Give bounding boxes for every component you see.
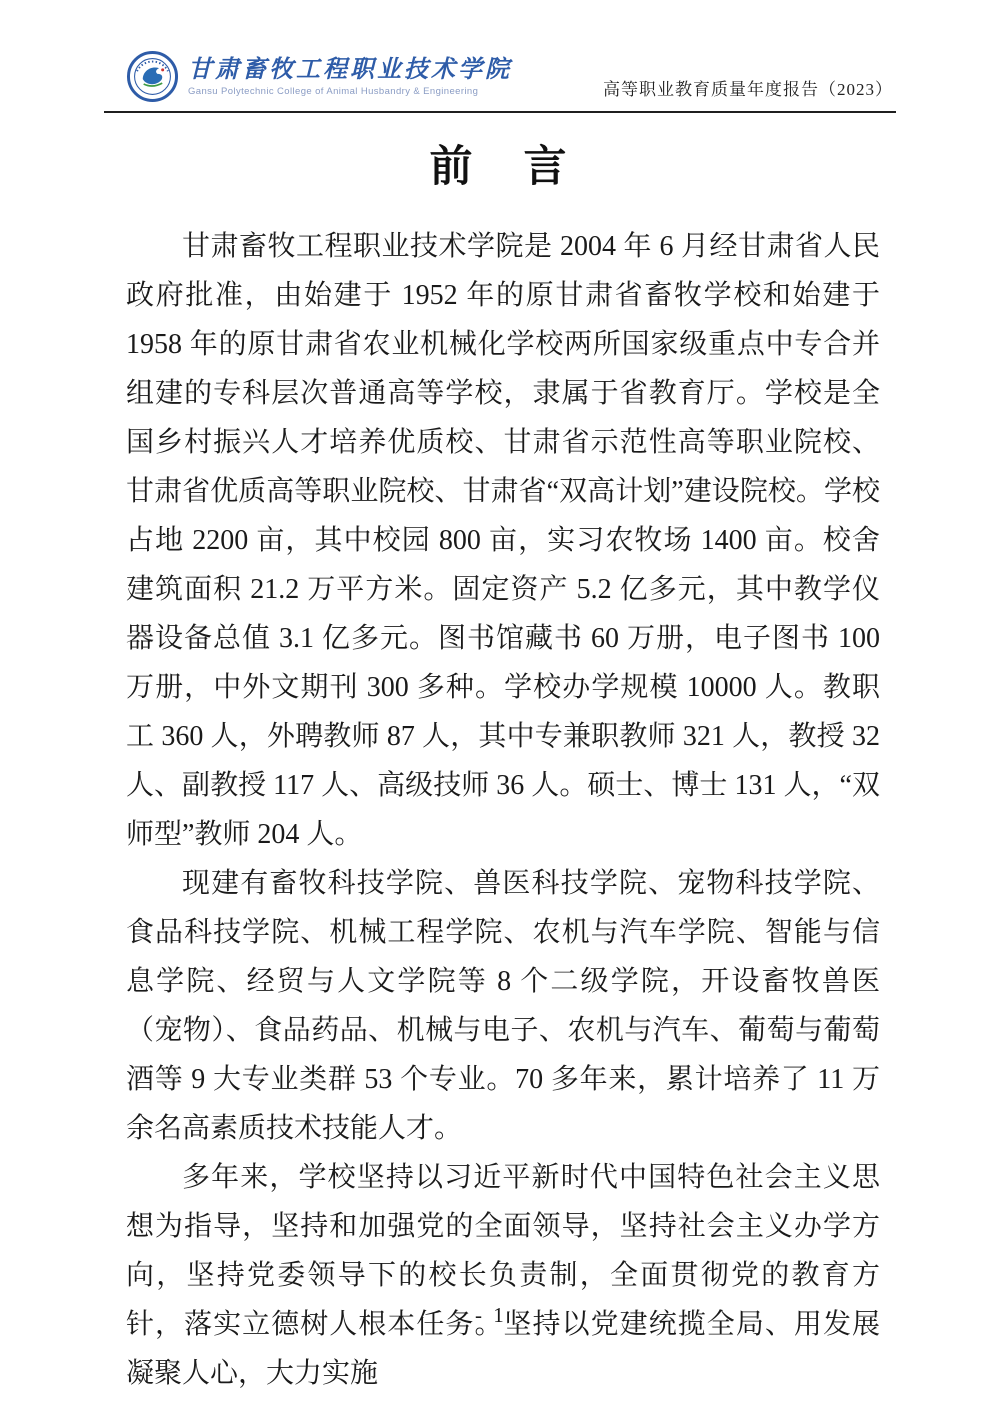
header-divider bbox=[104, 111, 896, 113]
college-name-en: Gansu Polytechnic College of Animal Husb… bbox=[188, 86, 512, 97]
college-brand: 甘肃畜牧工程职业技术学院 Gansu Polytechnic College o… bbox=[126, 50, 512, 103]
page-footer: - 1 - bbox=[0, 1303, 1000, 1328]
paragraph-intro: 甘肃畜牧工程职业技术学院是 2004 年 6 月经甘肃省人民政府批准，由始建于 … bbox=[126, 222, 880, 859]
document-body: 甘肃畜牧工程职业技术学院是 2004 年 6 月经甘肃省人民政府批准，由始建于 … bbox=[126, 222, 880, 1398]
paragraph-guidance: 多年来，学校坚持以习近平新时代中国特色社会主义思想为指导，坚持和加强党的全面领导… bbox=[126, 1153, 880, 1398]
document-page: 甘肃畜牧工程职业技术学院 Gansu Polytechnic College o… bbox=[0, 0, 1000, 1414]
college-emblem-logo bbox=[126, 50, 179, 103]
college-name-cn: 甘肃畜牧工程职业技术学院 bbox=[188, 56, 512, 85]
report-title: 高等职业教育质量年度报告（2023） bbox=[603, 75, 893, 103]
page-header: 甘肃畜牧工程职业技术学院 Gansu Polytechnic College o… bbox=[0, 0, 1000, 113]
page-title: 前 言 bbox=[0, 143, 1000, 192]
paragraph-colleges: 现建有畜牧科技学院、兽医科技学院、宠物科技学院、食品科技学院、机械工程学院、农机… bbox=[126, 859, 880, 1153]
page-number: - 1 - bbox=[475, 1303, 525, 1327]
